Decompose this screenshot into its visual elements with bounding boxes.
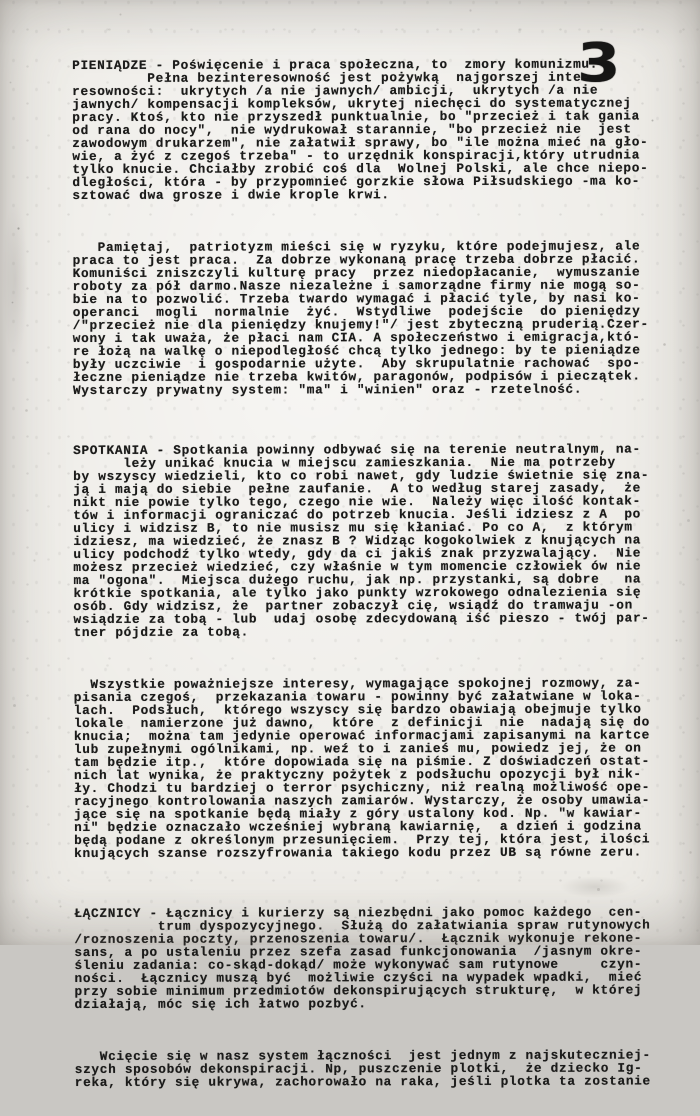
paragraph-text: Wszystkie poważniejsze interesy, wymagaj… xyxy=(74,676,651,861)
paragraph-spotkania-2: Wszystkie poważniejsze interesy, wymagaj… xyxy=(74,676,659,860)
section-lacznicy: ŁĄCZNICY - Łącznicy i kurierzy są niezbę… xyxy=(74,905,659,945)
section-body-spotkania: - Spotkania powinny odbywać się na teren… xyxy=(73,442,650,640)
paper-smudge xyxy=(2,200,28,360)
section-pieniadze: PIENIĄDZE - Poświęcenie i praca społeczn… xyxy=(72,57,657,202)
section-body-lacznicy: - Łącznicy i kurierzy są niezbędni jako … xyxy=(74,905,650,945)
section-body-pieniadze: - Poświęcenie i praca społeczna, to zmor… xyxy=(72,57,648,203)
section-spotkania: SPOTKANIA - Spotkania powinny odbywać si… xyxy=(73,442,659,639)
document-page: 3 PIENIĄDZE - Poświęcenie i praca społec… xyxy=(0,0,700,945)
paragraph-text: Pamiętaj, patriotyzm mieści się w ryzyku… xyxy=(73,239,649,398)
paragraph-pieniadze-2: Pamiętaj, patriotyzm mieści się w ryzyku… xyxy=(73,239,658,397)
paper-specks xyxy=(0,0,1,1)
text-block: PIENIĄDZE - Poświęcenie i praca społeczn… xyxy=(72,31,660,945)
